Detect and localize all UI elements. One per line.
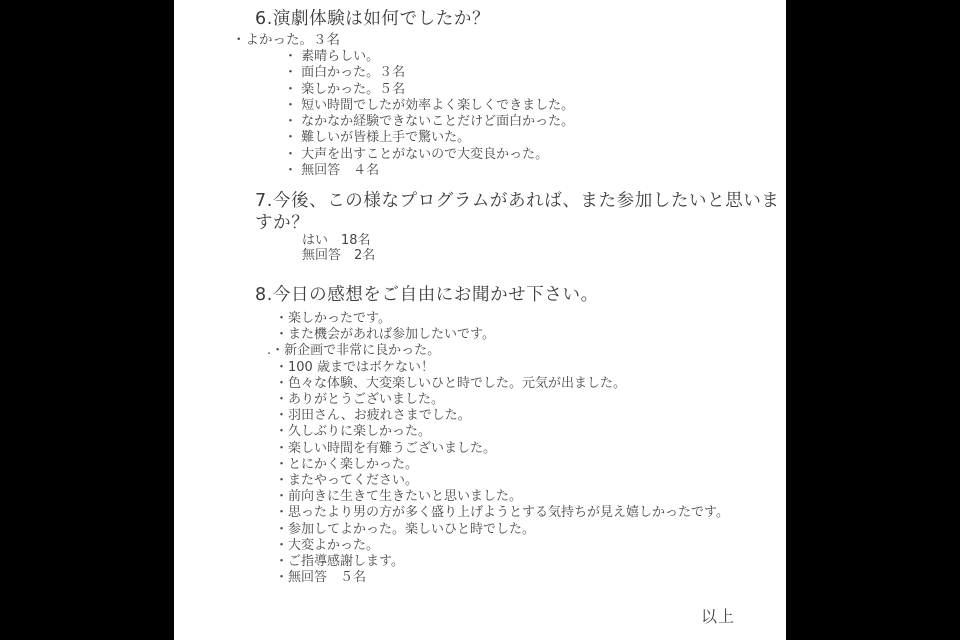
question-6-heading: 6.演劇体験は如何でしたか？ [255, 8, 490, 30]
response-item: ・ 楽しかった。５名 [284, 82, 574, 98]
closing-text: 以上 [701, 604, 735, 627]
response-item: ・思ったより男の方が多く盛り上げようとする気持ちが見え嬉しかったです。 [275, 505, 729, 521]
response-item: ・大変よかった。 [275, 538, 729, 554]
response-item: ・またやってください。 [275, 473, 729, 489]
question-7-heading: 7.今後、この様なプログラムがあれば、また参加したいと思いますか？ [255, 190, 785, 234]
response-item: ・ 難しいが皆様上手で驚いた。 [284, 130, 574, 146]
question-7-answer-list: はい 18名 無回答 2名 [302, 234, 375, 263]
response-item: ・楽しかったです。 [275, 311, 729, 327]
response-item: ・ご指導感謝します。 [275, 554, 729, 570]
response-item: ・とにかく楽しかった。 [275, 457, 729, 473]
response-item: ・ なかなか経験できないことだけど面白かった。 [284, 114, 574, 130]
question-6-response-list: ・ 素晴らしい。 ・ 面白かった。３名 ・ 楽しかった。５名 ・ 短い時間でした… [284, 49, 574, 179]
response-item: ・参加してよかった。楽しいひと時でした。 [275, 522, 729, 538]
response-item: ・100 歳まではボケない！ [275, 360, 729, 376]
response-item: ・ 面白かった。３名 [284, 65, 574, 81]
response-item: ・ 素晴らしい。 [284, 49, 574, 65]
question-8-heading: 8.今日の感想をご自由にお聞かせ下さい。 [255, 284, 599, 306]
response-item: ・ 大声を出すことがないので大変良かった。 [284, 147, 574, 163]
response-item: ・楽しい時間を有難うございました。 [275, 441, 729, 457]
response-item: ・また機会があれば参加したいです。 [275, 327, 729, 343]
response-item: ・無回答 ５名 [275, 570, 729, 586]
survey-document-page: 6.演劇体験は如何でしたか？ ・よかった。３名 ・ 素晴らしい。 ・ 面白かった… [174, 0, 786, 640]
answer-item: はい 18名 [302, 234, 375, 249]
response-item: ・久しぶりに楽しかった。 [275, 424, 729, 440]
response-item: ・色々な体験、大変楽しいひと時でした。元気が出ました。 [275, 376, 729, 392]
question-8-response-list: ・楽しかったです。 ・また機会があれば参加したいです。 .・新企画で非常に良かっ… [275, 311, 729, 586]
answer-item: 無回答 2名 [302, 249, 375, 264]
response-item: ・ 短い時間でしたが効率よく楽しくできました。 [284, 98, 574, 114]
response-item: .・新企画で非常に良かった。 [267, 343, 729, 359]
question-6-summary: ・よかった。３名 [232, 32, 340, 49]
response-item: ・前向きに生きて生きたいと思いました。 [275, 489, 729, 505]
response-item: ・ 無回答 ４名 [284, 163, 574, 179]
response-item: ・羽田さん、お疲れさまでした。 [275, 408, 729, 424]
response-item: ・ありがとうございました。 [275, 392, 729, 408]
